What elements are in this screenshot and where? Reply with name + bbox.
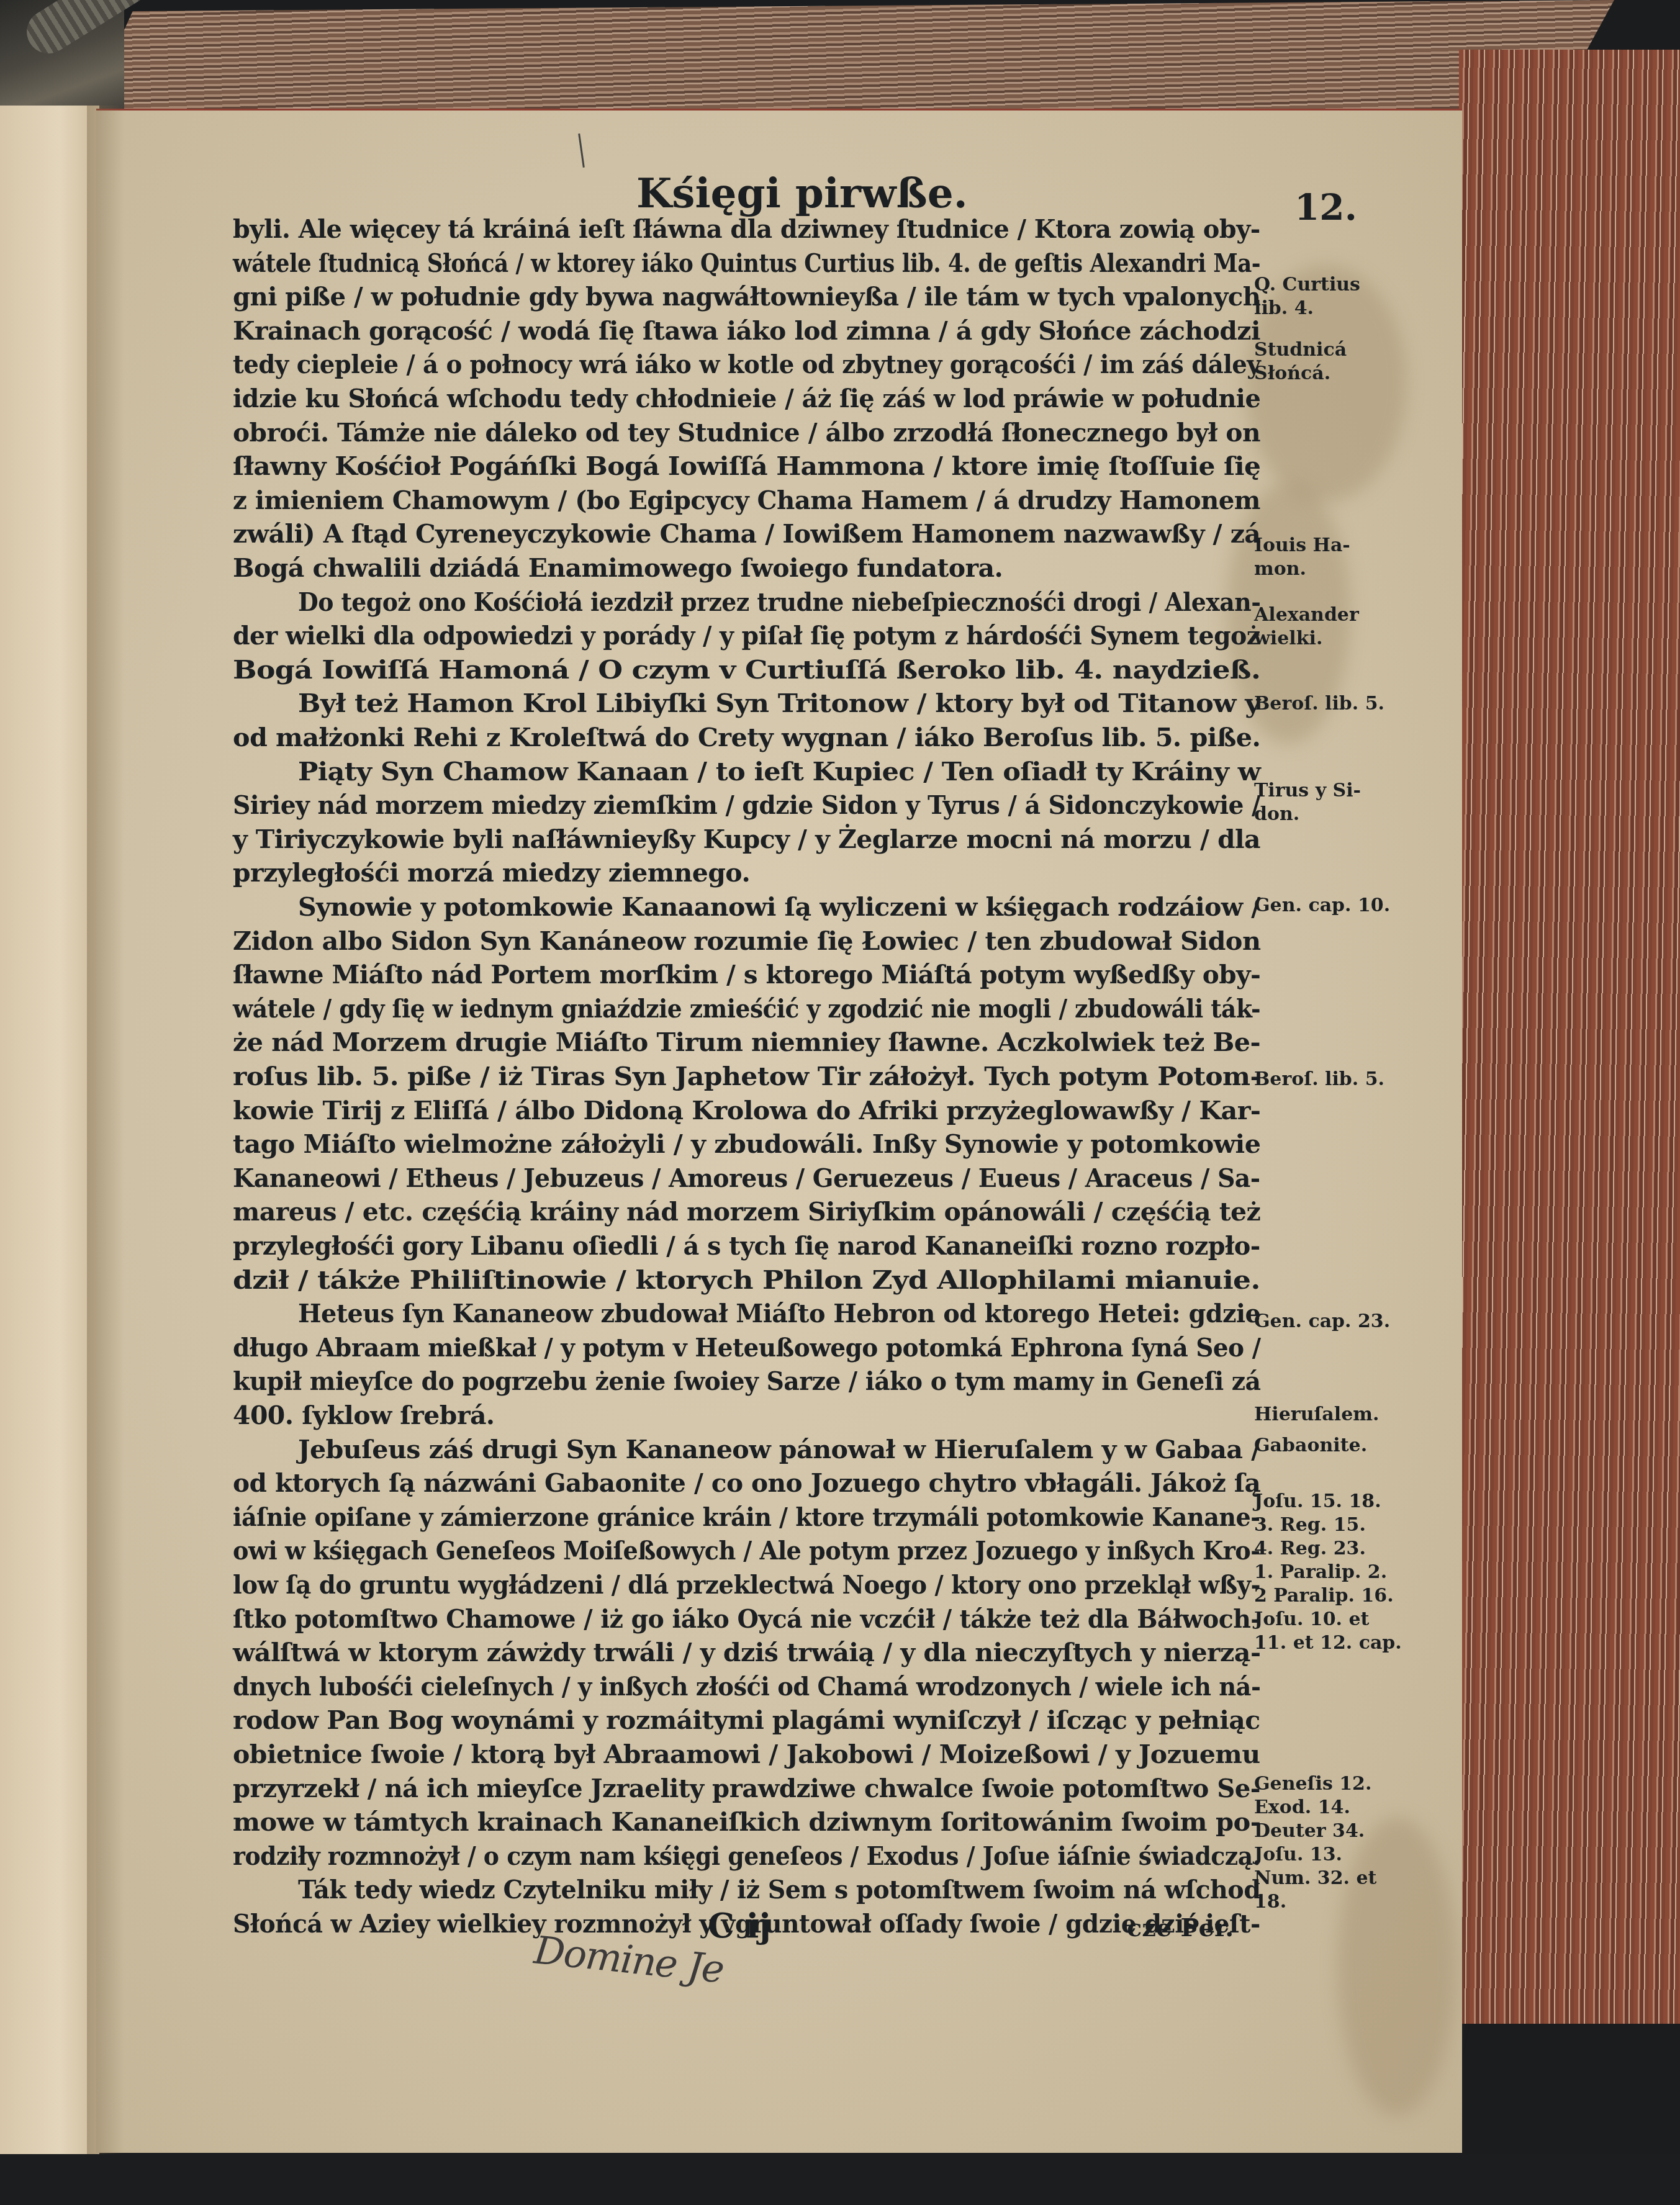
margin-note: Beroſ. lib. 5. xyxy=(1254,1068,1384,1091)
text-line: Do tegoż ono Kośćiołá iezdził przez trud… xyxy=(298,587,1260,617)
text-line: tago Miáſto wielmożne záłożyli / y zbudo… xyxy=(233,1129,1260,1159)
text-line: iáſnie opiſane y zámierzone gránice krái… xyxy=(233,1502,1260,1532)
text-line: byli. Ale więcey tá kráiná ieſt ſłáwna d… xyxy=(233,214,1260,244)
margin-note: StudnicáSłońcá. xyxy=(1254,338,1347,386)
book-top-edge xyxy=(87,0,1614,112)
margin-note-line: Gen. cap. 23. xyxy=(1254,1310,1390,1333)
margin-note-line: Deuter 34. xyxy=(1254,1819,1376,1843)
text-line: Bogá Iowiſſá Hamoná / O czym v Curtiuſſá… xyxy=(233,655,1260,685)
text-line: idzie ku Słońcá wſchodu tedy chłodnieie … xyxy=(233,384,1260,413)
text-line: że nád Morzem drugie Miáſto Tirum niemni… xyxy=(233,1027,1260,1057)
text-line: obietnice ſwoie / ktorą był Abraamowi / … xyxy=(233,1739,1260,1769)
margin-note-line: Beroſ. lib. 5. xyxy=(1254,1068,1384,1091)
text-line: kowie Tirij z Eliſſá / álbo Didoną Krolo… xyxy=(233,1096,1260,1125)
margin-note-line: Gen. cap. 10. xyxy=(1254,894,1390,918)
margin-note: Alexanderwielki. xyxy=(1254,603,1359,651)
text-line: ſtko potomſtwo Chamowe / iż go iáko Oycá… xyxy=(233,1604,1260,1634)
text-line: z imieniem Chamowym / (bo Egipcycy Chama… xyxy=(233,485,1260,515)
text-line: tedy ciepleie / á o połnocy wrá iáko w k… xyxy=(233,349,1260,379)
text-line: od ktorych ſą názwáni Gabaonite / co ono… xyxy=(233,1468,1260,1498)
book-gutter xyxy=(87,106,124,2160)
margin-note-line: Q. Curtius xyxy=(1254,273,1360,297)
margin-note-line: 11. et 12. cap. xyxy=(1254,1631,1402,1655)
margin-note-line: Joſu. 10. et xyxy=(1254,1608,1402,1631)
background-shadow xyxy=(0,2154,1680,2205)
text-line: Piąty Syn Chamow Kanaan / to ieſt Kupiec… xyxy=(298,757,1260,787)
text-line: owi w kśięgach Geneſeos Moiſeßowych / Al… xyxy=(233,1536,1260,1566)
margin-note-line: 3. Reg. 15. xyxy=(1254,1513,1402,1537)
text-line: od małżonki Rehi z Kroleſtwá do Crety wy… xyxy=(233,723,1260,752)
text-line: Synowie y potomkowie Kanaanowi ſą wylicz… xyxy=(298,892,1260,922)
text-line: ſławny Kośćioł Pogáńſki Bogá Iowiſſá Ham… xyxy=(233,451,1260,481)
margin-note-line: Geneſis 12. xyxy=(1254,1772,1376,1796)
margin-note: Gen. cap. 23. xyxy=(1254,1310,1390,1333)
text-line: Krainach gorącość / wodá ſię ſtawa iáko … xyxy=(233,316,1260,346)
text-line: obroći. Támże nie dáleko od tey Studnice… xyxy=(233,418,1260,448)
text-line: mowe w támtych krainach Kananeiſkich dzi… xyxy=(233,1807,1260,1837)
text-line: Ták tedy wiedz Czytelniku miły / iż Sem … xyxy=(298,1875,1260,1905)
margin-note: Joſu. 15. 18.3. Reg. 15.4. Reg. 23.1. Pa… xyxy=(1254,1490,1402,1655)
text-line: Był też Hamon Krol Libiyſki Syn Tritonow… xyxy=(298,688,1260,718)
margin-note-line: 18. xyxy=(1254,1890,1376,1914)
margin-note-line: mon. xyxy=(1254,557,1350,581)
text-line: Heteus ſyn Kananeow zbudował Miáſto Hebr… xyxy=(298,1299,1260,1328)
text-line: Bogá chwalili dziádá Enamimowego ſwoiego… xyxy=(233,553,1003,583)
text-line: Zidon albo Sidon Syn Kanáneow rozumie ſi… xyxy=(233,926,1260,956)
margin-note: Beroſ. lib. 5. xyxy=(1254,692,1384,716)
margin-note: Hieruſalem. xyxy=(1254,1403,1379,1427)
margin-note: Gabaonite. xyxy=(1254,1434,1367,1458)
facing-page-edge xyxy=(0,106,99,2160)
margin-note: Gen. cap. 10. xyxy=(1254,894,1390,918)
margin-note-line: Exod. 14. xyxy=(1254,1796,1376,1819)
text-line: roſus lib. 5. piße / iż Tiras Syn Japhet… xyxy=(233,1062,1260,1091)
book-fore-edge xyxy=(1459,50,1680,2024)
text-line: low ſą do gruntu wygłádzeni / dlá przekl… xyxy=(233,1570,1260,1600)
text-line: der wielki dla odpowiedzi y porády / y p… xyxy=(233,621,1260,651)
margin-note-line: Iouis Ha- xyxy=(1254,534,1350,557)
text-line: przyrzekł / ná ich mieyſce Jzraelity pra… xyxy=(233,1774,1260,1803)
margin-note-line: Hieruſalem. xyxy=(1254,1403,1379,1427)
running-head: Kśięgi pirwße. xyxy=(636,169,968,217)
text-line: dnych lubośći cieleſnych / y inßych złoś… xyxy=(233,1672,1260,1702)
text-line: y Tiriyczykowie byli naſłáwnieyßy Kupcy … xyxy=(233,824,1260,854)
text-line: ſławne Miáſto nád Portem morſkim / s kto… xyxy=(233,960,1260,990)
margin-note: Tirus y Si-don. xyxy=(1254,779,1361,826)
margin-note-line: 1. Paralip. 2. xyxy=(1254,1561,1402,1584)
text-line: rodziły rozmnożył / o czym nam kśięgi ge… xyxy=(233,1841,1260,1871)
text-line: wálſtwá w ktorym záwżdy trwáli / y dziś … xyxy=(233,1638,1260,1667)
margin-note: Iouis Ha-mon. xyxy=(1254,534,1350,581)
text-line: Kananeowi / Etheus / Jebuzeus / Amoreus … xyxy=(233,1163,1260,1193)
margin-note: Q. Curtiuslib. 4. xyxy=(1254,273,1360,320)
margin-note: Geneſis 12.Exod. 14.Deuter 34.Joſu. 13.N… xyxy=(1254,1772,1376,1914)
margin-note-line: don. xyxy=(1254,803,1361,826)
text-line: wátele / gdy ſię w iednym gniaździe zmie… xyxy=(233,994,1260,1024)
margin-note-line: Beroſ. lib. 5. xyxy=(1254,692,1384,716)
margin-note-line: Joſu. 13. xyxy=(1254,1843,1376,1867)
margin-note-line: Słońcá. xyxy=(1254,362,1347,386)
text-line: mareus / etc. częśćią kráiny nád morzem … xyxy=(233,1197,1260,1227)
margin-note-line: 2 Paralip. 16. xyxy=(1254,1584,1402,1608)
text-line: zwáli) A ſtąd Cyreneyczykowie Chama / Io… xyxy=(233,519,1260,549)
text-line: przyległośći morzá miedzy ziemnego. xyxy=(233,858,750,888)
page-number: 12. xyxy=(1294,186,1357,228)
text-line: Jebuſeus záś drugi Syn Kananeow pánował … xyxy=(298,1435,1260,1464)
text-line: wátele ſtudnicą Słońcá / w ktorey iáko Q… xyxy=(233,248,1260,278)
margin-note-line: Joſu. 15. 18. xyxy=(1254,1490,1402,1513)
text-line: gni piße / w południe gdy bywa nagwáłtow… xyxy=(233,282,1260,312)
catchword: cze Per. xyxy=(1127,1913,1234,1942)
margin-note-line: Alexander xyxy=(1254,603,1359,627)
text-line: rodow Pan Bog woynámi y rozmáitymi plagá… xyxy=(233,1705,1260,1735)
text-line: 400. ſyklow ſrebrá. xyxy=(233,1400,495,1430)
margin-note-line: Gabaonite. xyxy=(1254,1434,1367,1458)
margin-note-line: Num. 32. et xyxy=(1254,1867,1376,1890)
text-line: dził / tákże Philiſtinowie / ktorych Phi… xyxy=(233,1265,1260,1295)
margin-note-line: Studnicá xyxy=(1254,338,1347,362)
margin-note-line: wielki. xyxy=(1254,627,1359,651)
margin-note-line: 4. Reg. 23. xyxy=(1254,1537,1402,1561)
text-line: Siriey nád morzem miedzy ziemſkim / gdzi… xyxy=(233,790,1260,820)
text-line: przyległośći gory Libanu oſiedli / á s t… xyxy=(233,1231,1260,1261)
signature-mark: C ij xyxy=(708,1906,771,1946)
margin-note-line: Tirus y Si- xyxy=(1254,779,1361,803)
text-line: kupił mieyſce do pogrzebu żenie ſwoiey S… xyxy=(233,1366,1260,1396)
margin-note-line: lib. 4. xyxy=(1254,297,1360,320)
text-line: długo Abraam mießkał / y potym v Heteußo… xyxy=(233,1333,1260,1363)
